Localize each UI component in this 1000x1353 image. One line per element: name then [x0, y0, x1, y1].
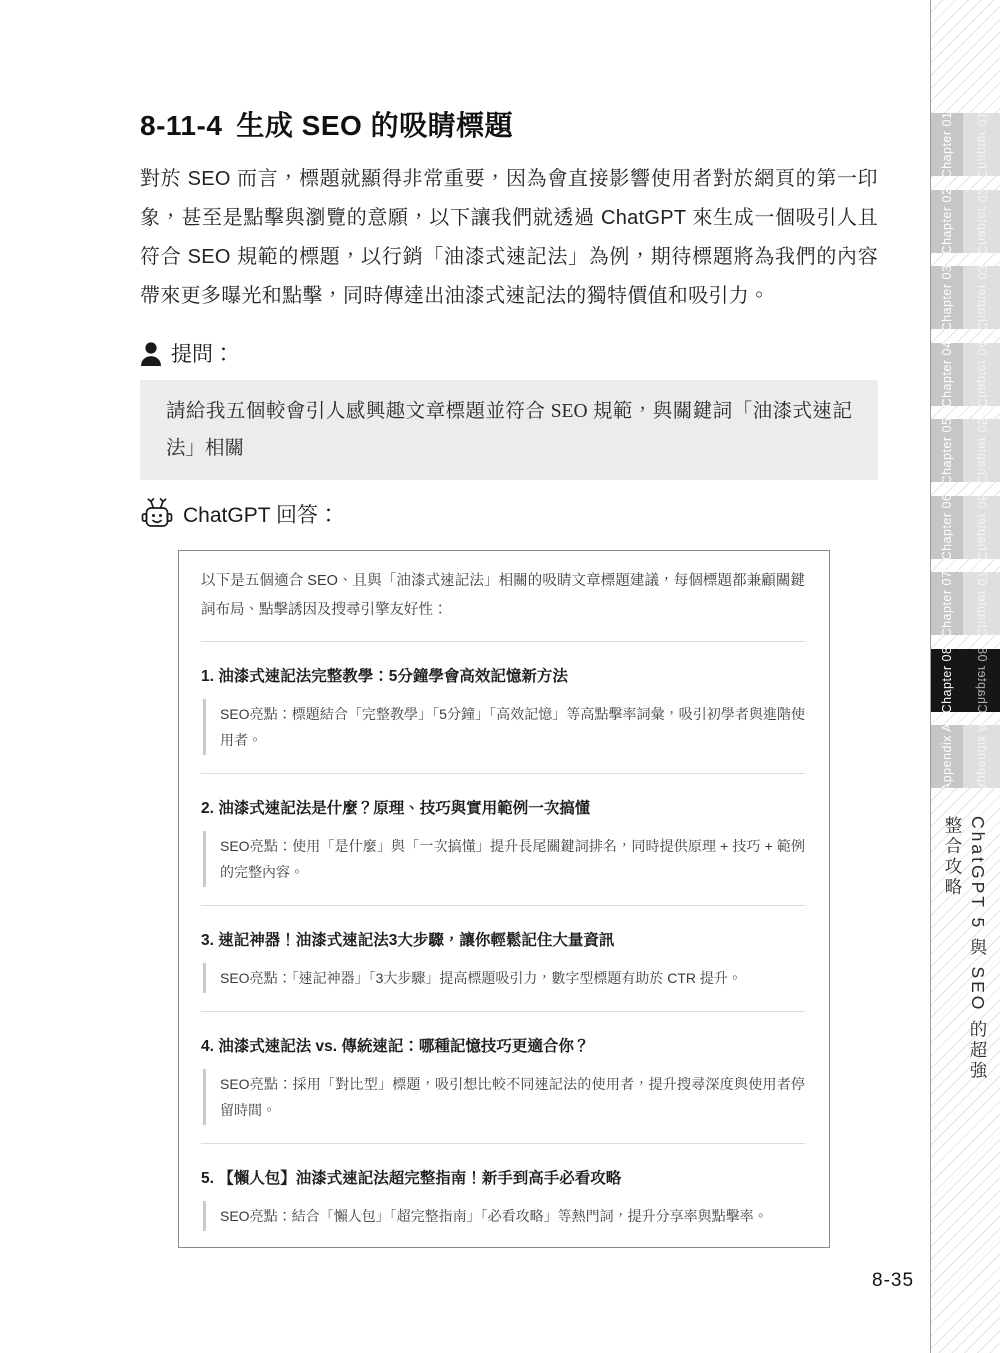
chapter-tab-label-segment: Chapter 07	[931, 572, 963, 635]
chapter-tab-edge-segment: Chapter 03	[963, 266, 1000, 329]
chapter-tab: Chapter 06 Chapter 06	[931, 496, 1000, 559]
book-spine-title: ChatGPT 5 與 SEO 的超強整合攻略	[931, 816, 1000, 1102]
seo-suggestion-title: 5. 【懶人包】油漆式速記法超完整指南！新手到高手必看攻略	[201, 1166, 805, 1188]
chapter-tab-label-segment: Appendix A	[931, 725, 963, 788]
prompt-heading: 提問：	[140, 338, 878, 368]
chapter-tab-label-mirror: Chapter 04	[975, 343, 989, 406]
chapter-tab-edge-segment: Chapter 08	[963, 649, 1000, 712]
page-number: 8-35	[872, 1270, 914, 1292]
chapter-tab: Chapter 01 Chapter 01	[931, 113, 1000, 176]
chapter-tab-label: Chapter 04	[940, 343, 954, 406]
chapter-tab-label: Chapter 02	[940, 190, 954, 253]
seo-suggestion-item: 5. 【懶人包】油漆式速記法超完整指南！新手到高手必看攻略 SEO亮點：結合「懶…	[201, 1143, 805, 1241]
seo-suggestion-title: 4. 油漆式速記法 vs. 傳統速記：哪種記憶技巧更適合你？	[201, 1034, 805, 1056]
chapter-tab-label: Chapter 01	[940, 113, 954, 176]
chapter-tab-label: Chapter 03	[940, 266, 954, 329]
page-content: 8-11-4生成 SEO 的吸睛標題 對於 SEO 而言，標題就顯得非常重要，因…	[140, 0, 878, 1248]
seo-highlight-note: SEO亮點：結合「懶人包」「超完整指南」「必看攻略」等熱門詞，提升分享率與點擊率…	[203, 1201, 805, 1231]
chapter-tab-edge-segment: Chapter 06	[963, 496, 1000, 559]
chapter-tab-label-mirror: Chapter 06	[975, 496, 989, 559]
section-title-text: 生成 SEO 的吸睛標題	[236, 110, 513, 141]
chapter-tab: Chapter 02 Chapter 02	[931, 190, 1000, 253]
chapter-tab-label-segment: Chapter 08	[931, 649, 963, 712]
seo-highlight-note: SEO亮點：「速記神器」「3大步驟」提高標題吸引力，數字型標題有助於 CTR 提…	[203, 963, 805, 993]
prompt-question-box: 請給我五個較會引人感興趣文章標題並符合 SEO 規範，與關鍵詞「油漆式速記法」相…	[140, 380, 878, 480]
answer-label: ChatGPT 回答：	[183, 499, 339, 529]
chapter-tab-edge-segment: Chapter 07	[963, 572, 1000, 635]
chapter-tab-label: Chapter 08	[940, 649, 954, 712]
section-title: 8-11-4生成 SEO 的吸睛標題	[140, 104, 878, 144]
chapter-tab-label-mirror: Chapter 03	[975, 266, 989, 329]
chapter-tab: Chapter 03 Chapter 03	[931, 266, 1000, 329]
chapter-tab-label-mirror: Chapter 07	[975, 572, 989, 635]
chapter-tab: Appendix A Appendix A	[931, 725, 1000, 788]
chapter-tab-label-mirror: Appendix A	[975, 725, 989, 788]
chapter-tab-edge-segment: Chapter 04	[963, 343, 1000, 406]
seo-suggestion-item: 1. 油漆式速記法完整教學：5分鐘學會高效記憶新方法 SEO亮點：標題結合「完整…	[201, 641, 805, 773]
seo-suggestion-title: 2. 油漆式速記法是什麼？原理、技巧與實用範例一次搞懂	[201, 796, 805, 818]
answer-heading: ChatGPT 回答：	[140, 496, 878, 532]
seo-suggestion-item: 4. 油漆式速記法 vs. 傳統速記：哪種記憶技巧更適合你？ SEO亮點：採用「…	[201, 1011, 805, 1143]
seo-highlight-note: SEO亮點：標題結合「完整教學」「5分鐘」「高效記憶」等高點擊率詞彙，吸引初學者…	[203, 699, 805, 755]
seo-suggestion-item: 3. 速記神器！油漆式速記法3大步驟，讓你輕鬆記住大量資訊 SEO亮點：「速記神…	[201, 905, 805, 1011]
chatgpt-answer-box: 以下是五個適合 SEO、且與「油漆式速記法」相關的吸睛文章標題建議，每個標題都兼…	[178, 550, 830, 1248]
chapter-tab-label-segment: Chapter 01	[931, 113, 963, 176]
robot-icon	[140, 496, 174, 532]
chapter-tab-edge-segment: Chapter 05	[963, 419, 1000, 482]
chapter-tab-label-segment: Chapter 02	[931, 190, 963, 253]
seo-suggestion-title: 1. 油漆式速記法完整教學：5分鐘學會高效記憶新方法	[201, 664, 805, 686]
chapter-tab: Chapter 04 Chapter 04	[931, 343, 1000, 406]
chapter-tab: Chapter 05 Chapter 05	[931, 419, 1000, 482]
chapter-tab: Chapter 07 Chapter 07	[931, 572, 1000, 635]
prompt-question-text: 請給我五個較會引人感興趣文章標題並符合 SEO 規範，與關鍵詞「油漆式速記法」相…	[166, 401, 852, 459]
chapter-tabs: Chapter 01 Chapter 01 Chapter 02 Chapter…	[931, 113, 1000, 788]
chapter-tab-label-mirror: Chapter 02	[975, 190, 989, 253]
chapter-tab-label-segment: Chapter 04	[931, 343, 963, 406]
seo-highlight-note: SEO亮點：使用「是什麼」與「一次搞懂」提升長尾關鍵詞排名，同時提供原理 + 技…	[203, 831, 805, 887]
chapter-tab-label-mirror: Chapter 08	[975, 649, 989, 712]
chapter-tab-label: Chapter 07	[940, 572, 954, 635]
seo-highlight-note: SEO亮點：採用「對比型」標題，吸引想比較不同速記法的使用者，提升搜尋深度與使用…	[203, 1069, 805, 1125]
chapter-tab-label: Chapter 06	[940, 496, 954, 559]
answer-intro: 以下是五個適合 SEO、且與「油漆式速記法」相關的吸睛文章標題建議，每個標題都兼…	[201, 567, 805, 625]
chapter-tab-edge-segment: Chapter 01	[963, 113, 1000, 176]
chapter-tab-edge-segment: Appendix A	[963, 725, 1000, 788]
lead-paragraph: 對於 SEO 而言，標題就顯得非常重要，因為會直接影響使用者對於網頁的第一印象，…	[140, 160, 878, 316]
chapter-tab-edge-segment: Chapter 02	[963, 190, 1000, 253]
seo-suggestion-item: 2. 油漆式速記法是什麼？原理、技巧與實用範例一次搞懂 SEO亮點：使用「是什麼…	[201, 773, 805, 905]
prompt-label: 提問：	[171, 338, 234, 368]
seo-suggestion-title: 3. 速記神器！油漆式速記法3大步驟，讓你輕鬆記住大量資訊	[201, 928, 805, 950]
section-number: 8-11-4	[140, 110, 222, 141]
chapter-tab-label: Chapter 05	[940, 419, 954, 482]
edge-tab-strip: Chapter 01 Chapter 01 Chapter 02 Chapter…	[930, 0, 1000, 1353]
chapter-tab: Chapter 08 Chapter 08	[931, 649, 1000, 712]
chapter-tab-label-mirror: Chapter 05	[975, 419, 989, 482]
chapter-tab-label-segment: Chapter 05	[931, 419, 963, 482]
chapter-tab-label-segment: Chapter 03	[931, 266, 963, 329]
chapter-tab-label: Appendix A	[940, 725, 954, 788]
chapter-tab-label-mirror: Chapter 01	[975, 113, 989, 176]
person-icon	[140, 341, 162, 366]
chapter-tab-label-segment: Chapter 06	[931, 496, 963, 559]
